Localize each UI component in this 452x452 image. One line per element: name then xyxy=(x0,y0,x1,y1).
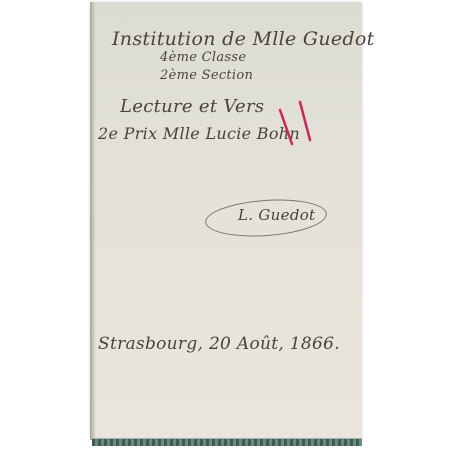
signature: L. Guedot xyxy=(238,206,315,224)
class-line: 4ème Classe xyxy=(160,50,246,65)
red-check-mark-icon xyxy=(278,100,318,148)
section-line: 2ème Section xyxy=(160,68,253,83)
institution-line: Institution de Mlle Guedot xyxy=(112,28,375,50)
place-date-line: Strasbourg, 20 Août, 1866. xyxy=(98,334,340,354)
prize-line: 2e Prix Mlle Lucie Bohn xyxy=(98,124,300,143)
subject-line: Lecture et Vers xyxy=(120,96,264,117)
paper-bottom-edge xyxy=(92,438,362,446)
